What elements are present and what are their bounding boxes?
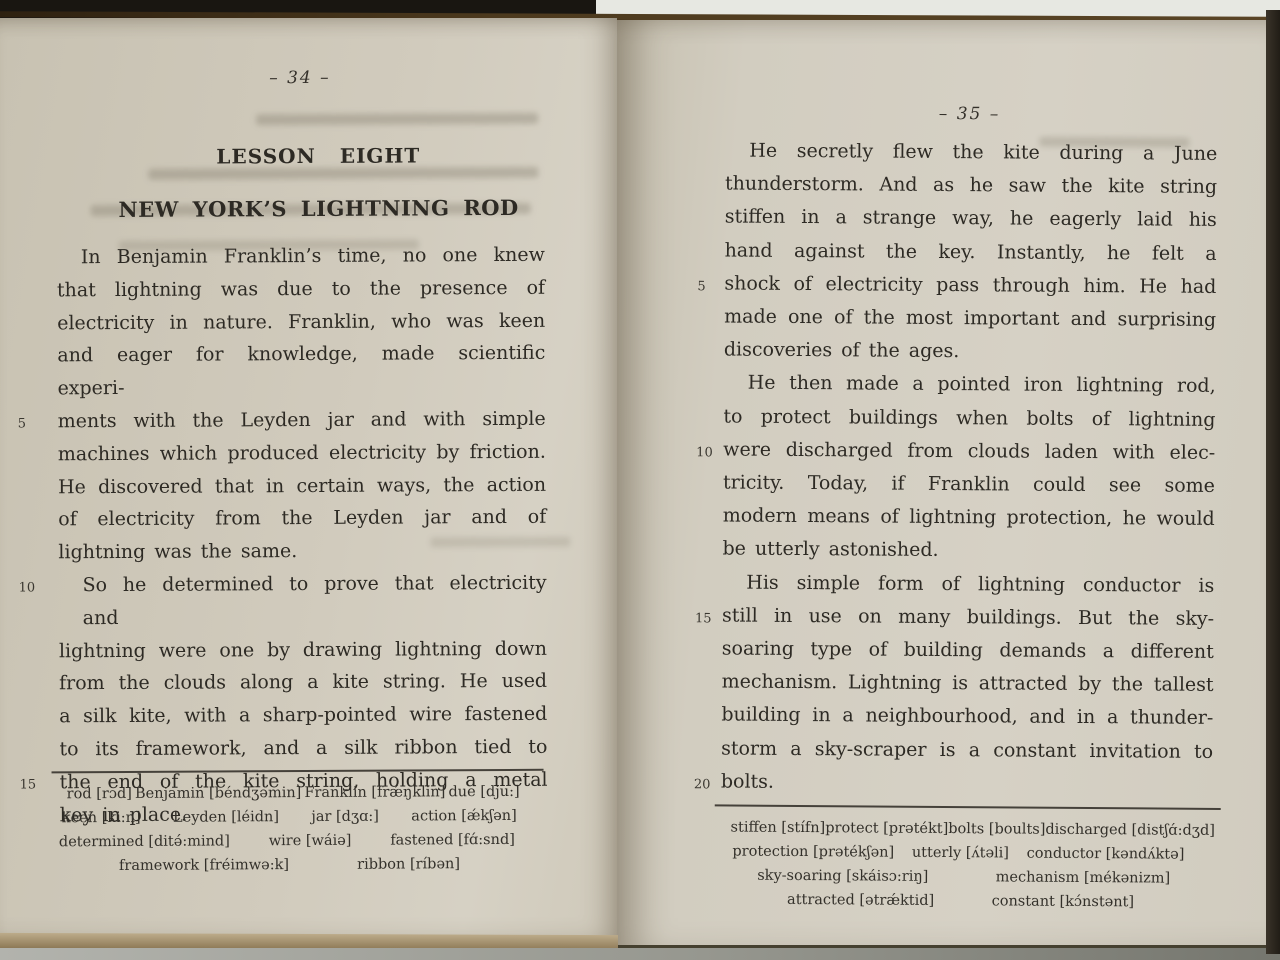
vocab-entry: determined [ditə́:mind] (59, 830, 230, 854)
line-number: 15 (695, 602, 712, 635)
text-line: lightning was the same. (58, 534, 546, 569)
text-line: discoveries of the ages. (724, 334, 1216, 371)
text-line: mechanism. Lightning is attracted by the… (721, 666, 1213, 703)
vocab-entry: Benjamin [béndʒəmin] (135, 782, 301, 806)
text-line: He secretly flew the kite during a June (725, 134, 1217, 171)
text-line: that lightning was due to the presence o… (57, 272, 545, 307)
text-line: building in a neighbourhood, and in a th… (721, 699, 1213, 736)
text-line: In Benjamin Franklin’s time, no one knew (57, 239, 545, 274)
vocab-entry: Leyden [léidn] (173, 806, 279, 830)
text-line: and eager for knowledge, made scientific… (57, 337, 545, 405)
text-line: storm a sky-scraper is a constant invita… (721, 732, 1213, 769)
text-line: 15still in use on many buildings. But th… (722, 599, 1214, 636)
page-number: – 34 – (56, 67, 544, 90)
vocab-row: protection [prətékʃən]utterly [ʌ́təli]co… (716, 840, 1216, 866)
vocab-entry: attracted [ətrǽktid] (787, 889, 934, 913)
vocab-entry: utterly [ʌ́təli] (912, 842, 1009, 866)
text-line: lightning were one by drawing lightning … (59, 632, 547, 667)
vocab-row: framework [fréimwə:k]ribbon [ríbən] (58, 853, 538, 879)
vocab-entry: sky-soaring [skáisɔ:riŋ] (757, 865, 928, 889)
vocab-row: attracted [ətrǽktid]constant [kɔ́nstənt] (716, 888, 1216, 914)
text-line: He discovered that in certain ways, the … (58, 468, 546, 503)
text-line: hand against the key. Instantly, he felt… (724, 234, 1216, 271)
body-text: In Benjamin Franklin’s time, no one knew… (57, 239, 548, 832)
text-line: a silk kite, with a sharp-pointed wire f… (59, 698, 547, 733)
text-line: thunderstorm. And as he saw the kite str… (725, 168, 1217, 205)
vocab-entry: rod [rɔd] (67, 783, 132, 806)
vocab-row: keen [ki:n]Leyden [léidn]jar [dʒɑ:]actio… (58, 805, 538, 831)
text-line: from the clouds along a kite string. He … (59, 665, 547, 700)
text-line: 5ments with the Leyden jar and with simp… (58, 403, 546, 438)
line-number: 20 (694, 768, 711, 801)
vocab-entry: jar [dʒɑ:] (311, 806, 379, 829)
vocab-entry: conductor [kəndʌ́ktə] (1027, 843, 1185, 867)
vocab-entry: discharged [distʃɑ́:dʒd] (1045, 819, 1215, 843)
vocab-entry: protection [prətékʃən] (732, 841, 894, 865)
text-line: made one of the most important and surpr… (724, 300, 1216, 337)
vocab-entry: constant [kɔ́nstənt] (992, 890, 1135, 914)
text-line: electricity in nature. Franklin, who was… (57, 304, 545, 339)
line-number: 10 (18, 572, 35, 605)
vocabulary-rule (715, 804, 1221, 810)
line-number: 10 (696, 436, 713, 469)
vocab-row: stiffen [stífn]protect [prətékt]bolts [b… (717, 816, 1217, 842)
text-line: to its framework, and a silk ribbon tied… (59, 731, 547, 766)
vocab-entry: bolts [boults] (948, 818, 1045, 842)
line-number: 5 (697, 270, 706, 303)
vocab-row: rod [rɔd]Benjamin [béndʒəmin]Franklin [f… (58, 781, 538, 807)
vocab-entry: wire [wáiə] (269, 830, 352, 853)
vocab-entry: stiffen [stífn] (731, 817, 826, 841)
text-line: 10were discharged from clouds laden with… (723, 433, 1215, 470)
text-line: 20bolts. (721, 765, 1213, 802)
lesson-title: NEW YORK’S LIGHTNING ROD (69, 195, 569, 223)
vocab-entry: fastened [fɑ́:snd] (390, 829, 515, 853)
vocab-entry: framework [fréimwə:k] (119, 854, 289, 878)
text-line: His simple form of lightning conductor i… (722, 566, 1214, 603)
page-number: – 35 – (724, 102, 1216, 125)
line-number: 5 (18, 408, 26, 441)
book-photo: – 34 – LESSON EIGHT NEW YORK’S LIGHTNING… (0, 0, 1280, 960)
page-35: – 35 – He secretly flew the kite during … (617, 20, 1268, 949)
vocab-entry: ribbon [ríbən] (357, 853, 460, 877)
vocab-entry: action [ǽkʃən] (411, 805, 517, 829)
bleed-through-ghost-text (148, 167, 538, 180)
text-line: 10So he determined to prove that electri… (58, 567, 546, 635)
text-line: to protect buildings when bolts of light… (723, 400, 1215, 437)
text-line: machines which produced electricity by f… (58, 436, 546, 471)
vocab-row: sky-soaring [skáisɔ:riŋ]mechanism [mékən… (716, 864, 1216, 890)
body-text: He secretly flew the kite during a Junet… (721, 134, 1218, 801)
text-line: modern means of lightning protection, he… (723, 500, 1215, 537)
desk-background-bottom (0, 948, 1280, 960)
text-line: tricity. Today, if Franklin could see so… (723, 466, 1215, 503)
vocab-entry: keen [ki:n] (62, 807, 141, 830)
text-line: be utterly astonished. (722, 533, 1214, 570)
text-line: soaring type of building demands a diffe… (722, 633, 1214, 670)
text-line: of electricity from the Leyden jar and o… (58, 501, 546, 536)
bleed-through-ghost-text (256, 113, 538, 125)
vocab-entry: Franklin [frǽŋklin] (304, 781, 445, 805)
text-line: stiffen in a strange way, he eagerly lai… (725, 201, 1217, 238)
text-line: He then made a pointed iron lightning ro… (724, 367, 1216, 404)
vocab-entry: protect [prətékt] (825, 817, 948, 841)
vocab-entry: mechanism [mékənizm] (996, 866, 1171, 890)
lesson-heading: LESSON EIGHT (68, 143, 568, 170)
text-line: 5shock of electricity pass through him. … (724, 267, 1216, 304)
vocabulary: rod [rɔd]Benjamin [béndʒəmin]Franklin [f… (58, 781, 538, 880)
page-34: – 34 – LESSON EIGHT NEW YORK’S LIGHTNING… (0, 18, 617, 938)
vocab-entry: due [dju:] (448, 781, 519, 804)
book-cover-right-edge (1266, 10, 1280, 954)
vocab-row: determined [ditə́:mind]wire [wáiə]fasten… (58, 829, 538, 855)
vocabulary: stiffen [stífn]protect [prətékt]bolts [b… (716, 816, 1217, 915)
line-number: 15 (20, 769, 37, 802)
